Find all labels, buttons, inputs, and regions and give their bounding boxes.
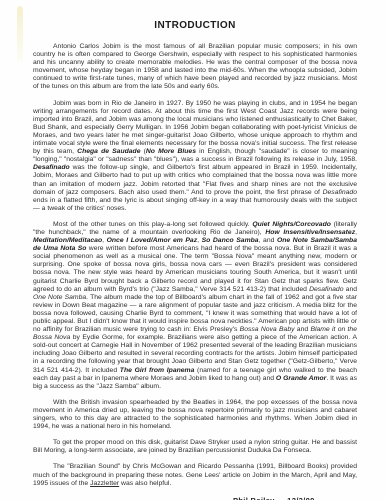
text-segment: Quiet Nights/Corcovado (252, 221, 331, 228)
text-segment: To get the proper mood on this disk, gui… (33, 439, 357, 454)
paragraph: Most of the other tunes on this play-a-l… (33, 221, 357, 391)
text-segment: Jobim was born in Rio de Janeiro in 1927… (33, 100, 357, 156)
page-content: INTRODUCTION Antonio Carlos Jobim is the… (0, 0, 386, 500)
text-segment: Jazzletter (90, 480, 119, 487)
text-segment: and (295, 326, 311, 333)
paragraph: The "Brazilian Sound" by Chris McGowan a… (33, 463, 357, 487)
text-segment: Bossa Nova Baby (240, 326, 295, 333)
text-segment: , (355, 229, 357, 236)
text-segment: Once I Loved/Amor em Paz (107, 237, 197, 244)
text-segment: With the British invasion spearheaded by… (33, 399, 357, 430)
paragraph: Jobim was born in Rio de Janeiro in 1927… (33, 100, 357, 213)
text-segment: Antonio Carlos Jobim is the most famous … (33, 43, 357, 90)
page-title: INTRODUCTION (33, 20, 357, 31)
text-segment: How Insensitive/Insensatez (265, 229, 355, 236)
paragraph: With the British invasion spearheaded by… (33, 399, 357, 431)
text-segment: O Grande Amor (276, 375, 326, 382)
text-segment: The Girl from Ipanema (120, 367, 195, 374)
paragraph: To get the proper mood on this disk, gui… (33, 439, 357, 455)
text-segment: Chega de Saudade (77, 148, 140, 155)
document-body: Antonio Carlos Jobim is the most famous … (33, 43, 357, 488)
text-segment: The "Brazilian Sound" by Chris McGowan a… (33, 463, 357, 486)
author-signature: Phil Bailey - 12/3/00 (233, 496, 357, 500)
text-segment: Meditation/Meditacao (33, 237, 102, 244)
text-segment: Desafinado (33, 164, 70, 171)
text-segment: No More Blues (146, 148, 196, 155)
text-segment: Desafinado (309, 286, 343, 293)
text-segment: ends in a flatted fifth, and the lyric i… (33, 197, 357, 212)
scanned-liner-notes-page: INTRODUCTION Antonio Carlos Jobim is the… (0, 0, 386, 500)
text-segment: and (344, 286, 358, 293)
text-segment: One Note Samba (33, 294, 86, 301)
text-segment: was the follow-up single, and Gilberto's… (33, 164, 357, 195)
text-segment: , and (259, 237, 277, 244)
text-segment: So Danco Samba (202, 237, 259, 244)
text-segment: Most of the other tunes on this play-a-l… (53, 221, 252, 228)
text-segment: Desafinado (323, 189, 357, 196)
text-segment: was also helpful. (119, 480, 171, 487)
paragraph: Antonio Carlos Jobim is the most famous … (33, 43, 357, 92)
